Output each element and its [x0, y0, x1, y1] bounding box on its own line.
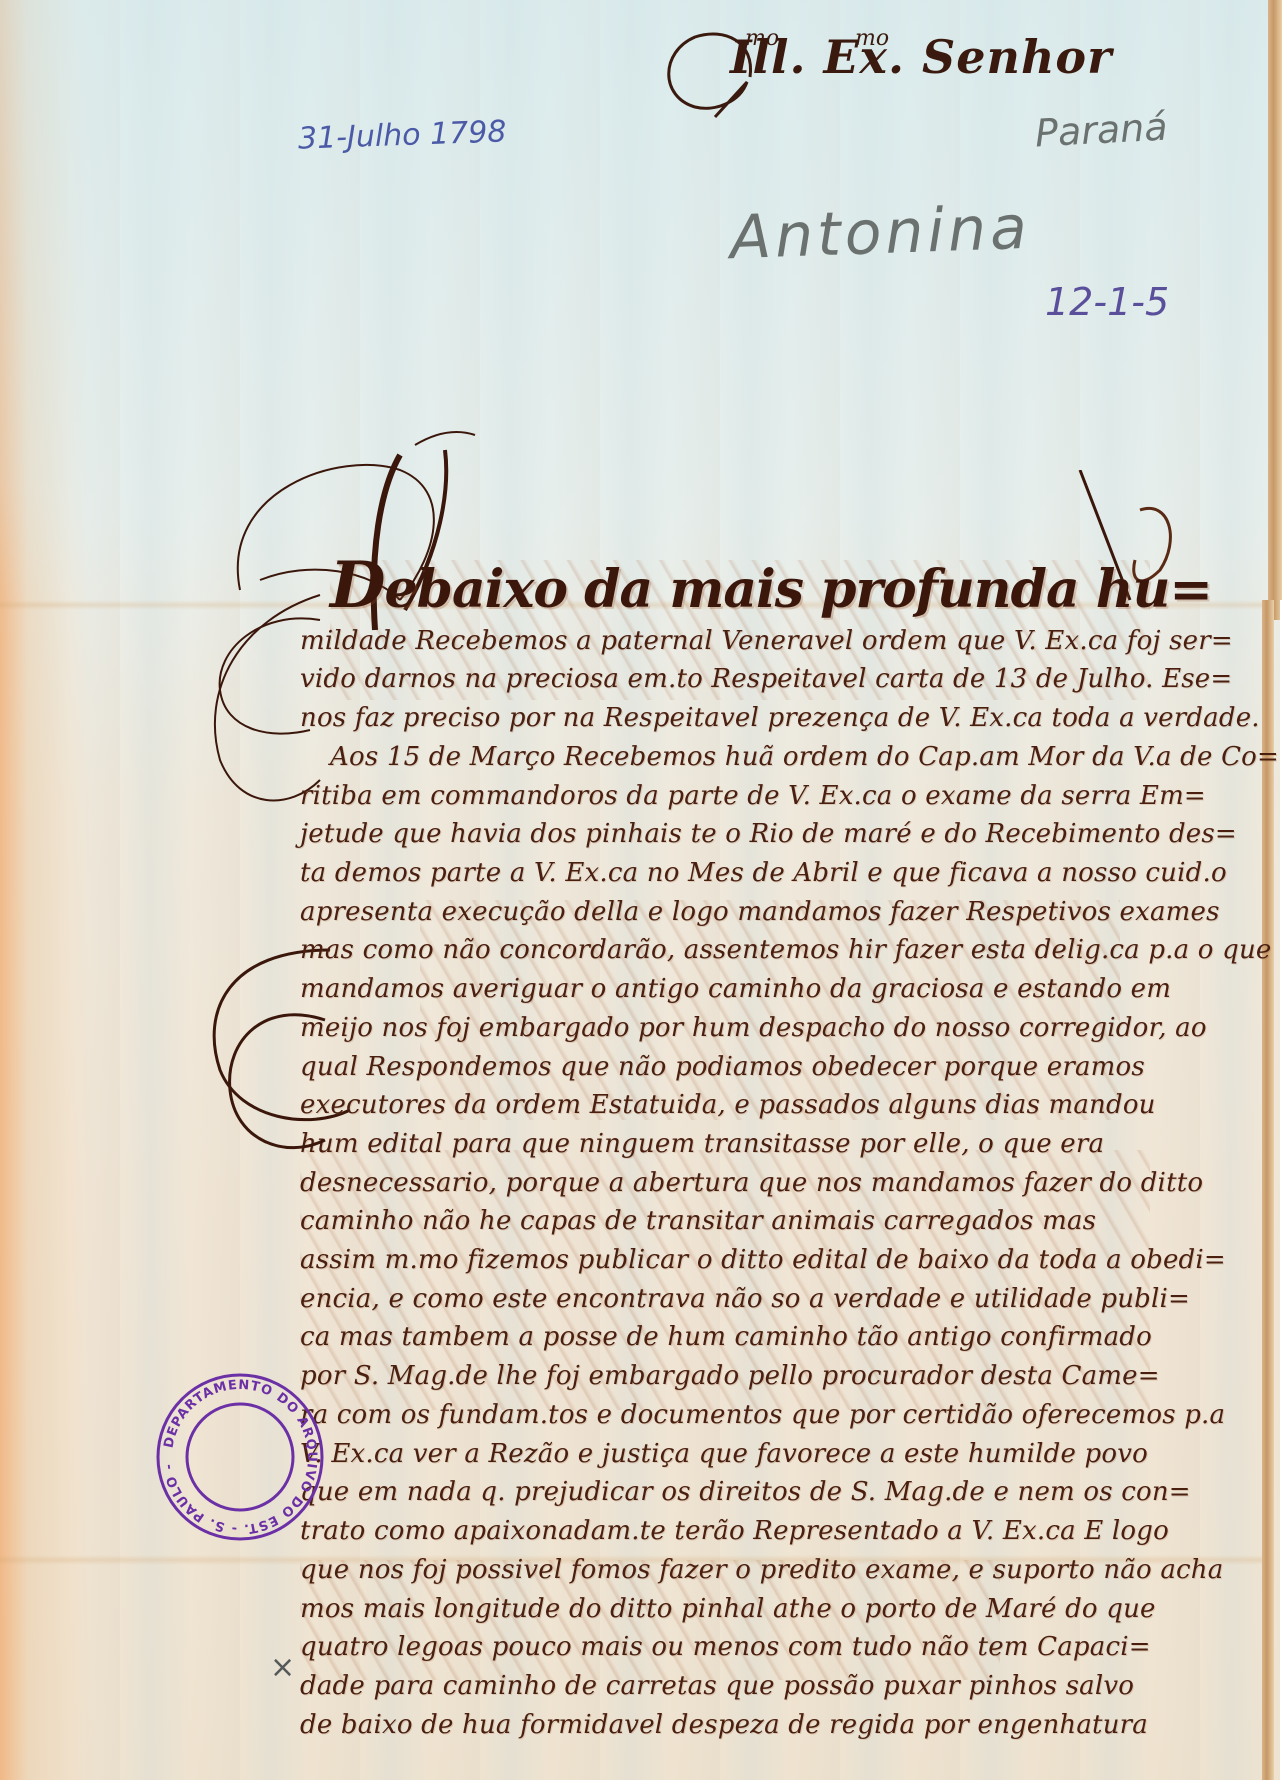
margin-flourish: [210, 610, 330, 750]
body-line: encia, e como este encontrava não so a v…: [300, 1284, 1190, 1314]
body-line: apresenta execução della e logo mandamos…: [300, 897, 1220, 927]
margin-flourish: [225, 1000, 335, 1160]
body-line: mas como não concordarão, assentemos hir…: [300, 935, 1272, 965]
body-line: dade para caminho de carretas que possão…: [300, 1671, 1134, 1701]
body-line: ra com os fundam.tos e documentos que po…: [300, 1400, 1225, 1430]
body-line: meijo nos foj embargado por hum despacho…: [300, 1013, 1207, 1043]
archive-stamp: DEPARTAMENTO DO ARQUIVO DO EST. - S. PAU…: [155, 1372, 325, 1542]
body-line: assim m.mo fizemos publicar o ditto edit…: [300, 1245, 1226, 1275]
body-line: mandamos averiguar o antigo caminho da g…: [300, 974, 1171, 1004]
body-line: mos mais longitude do ditto pinhal athe …: [300, 1594, 1156, 1624]
body-line: desnecessario, porque a abertura que nos…: [300, 1168, 1203, 1198]
body-line: ta demos parte a V. Ex.ca no Mes de Abri…: [300, 858, 1227, 888]
body-line: hum edital para que ninguem transitasse …: [300, 1129, 1104, 1159]
body-line: jetude que havia dos pinhais te o Rio de…: [300, 819, 1237, 849]
body-line: de baixo de hua formidavel despeza de re…: [300, 1710, 1148, 1740]
body-line: ca mas tambem a posse de hum caminho tão…: [300, 1322, 1152, 1352]
body-line: trato como apaixonadam.te terão Represen…: [300, 1516, 1169, 1546]
body-line: caminho não he capas de transitar animai…: [300, 1206, 1096, 1236]
svg-text:DEPARTAMENTO DO ARQUIVO DO EST: DEPARTAMENTO DO ARQUIVO DO EST. - S. PAU…: [161, 1378, 319, 1536]
body-line: ritiba em commandoros da parte de V. Ex.…: [300, 781, 1206, 811]
body-line: V. Ex.ca ver a Rezão e justiça que favor…: [300, 1439, 1148, 1469]
body-line: executores da ordem Estatuida, e passado…: [300, 1090, 1156, 1120]
stamp-text: DEPARTAMENTO DO ARQUIVO DO EST. - S. PAU…: [161, 1378, 319, 1536]
body-line: por S. Mag.de lhe foj embargado pello pr…: [300, 1361, 1160, 1391]
body-line: Aos 15 de Março Recebemos huã ordem do C…: [330, 742, 1279, 772]
body-line: quatro legoas pouco mais ou menos com tu…: [300, 1632, 1151, 1662]
body-line: vido darnos na preciosa em.to Respeitave…: [300, 664, 1232, 694]
body-line: que em nada q. prejudicar os direitos de…: [300, 1477, 1191, 1507]
body-line: nos faz preciso por na Respeitavel preze…: [300, 703, 1260, 733]
body-line: mildade Recebemos a paternal Veneravel o…: [300, 626, 1233, 656]
pencil-x-mark: ×: [270, 1650, 295, 1685]
body-line: qual Respondemos que não podiamos obedec…: [300, 1052, 1145, 1082]
body-line: que nos foj possivel fomos fazer o predi…: [300, 1555, 1223, 1585]
